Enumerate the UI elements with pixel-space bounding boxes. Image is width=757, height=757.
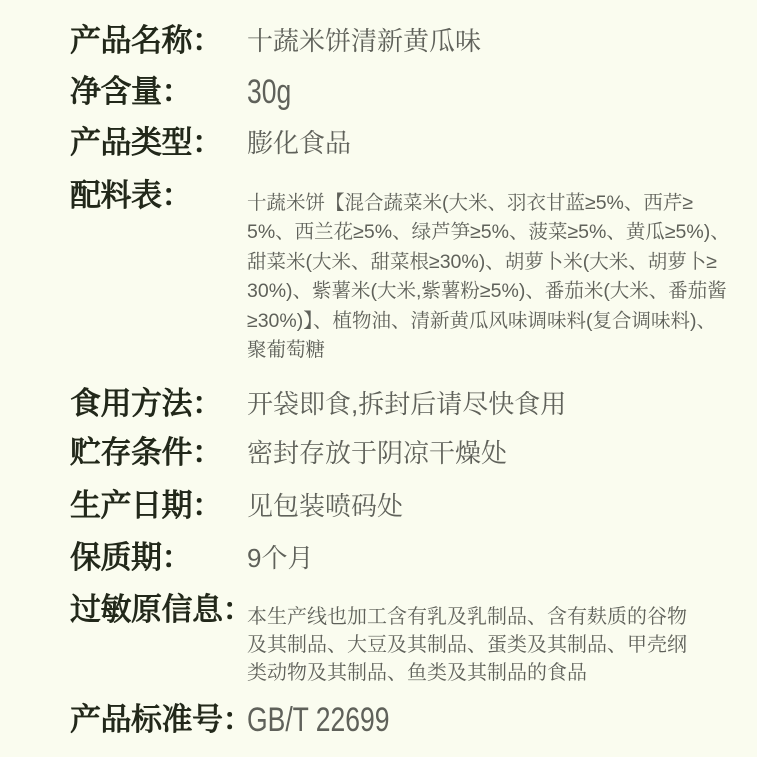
row-product-type: 产品类型： 膨化食品 (70, 123, 750, 163)
row-allergen-info: 过敏原信息： 本生产线也加工含有乳及乳制品、含有麸质的谷物 及其制品、大豆及其制… (70, 590, 750, 630)
row-product-name: 产品名称： 十蔬米饼清新黄瓜味 (70, 21, 750, 61)
usage-value: 开袋即食,拆封后请尽快食用 (247, 384, 566, 424)
row-product-standard: 产品标准号： GB/T 22699 (70, 700, 750, 740)
allergen-info-value: 本生产线也加工含有乳及乳制品、含有麸质的谷物 及其制品、大豆及其制品、蛋类及其制… (247, 603, 687, 687)
product-standard-label: 产品标准号： (70, 700, 253, 740)
row-shelf-life: 保质期： 9个月 (70, 538, 750, 578)
ingredients-value: 十蔬米饼【混合蔬菜米(大米、羽衣甘蓝≥5%、西芹≥ 5%、西兰花≥5%、绿芦笋≥… (247, 189, 730, 365)
allergen-line: 本生产线也加工含有乳及乳制品、含有麸质的谷物 (247, 603, 687, 631)
row-usage: 食用方法： 开袋即食,拆封后请尽快食用 (70, 384, 750, 424)
shelf-life-label: 保质期： (70, 538, 192, 578)
production-date-label: 生产日期： (70, 486, 223, 526)
storage-value: 密封存放于阴凉干燥处 (247, 433, 507, 473)
storage-label: 贮存条件： (70, 433, 223, 473)
ingredients-label: 配料表： (70, 176, 192, 216)
ingredients-line: 30%)、紫薯米(大米,紫薯粉≥5%)、番茄米(大米、番茄酱 (247, 277, 730, 306)
allergen-info-label: 过敏原信息： (70, 590, 253, 630)
net-content-value: 30g (247, 72, 291, 112)
ingredients-line: 5%、西兰花≥5%、绿芦笋≥5%、菠菜≥5%、黄瓜≥5%)、 (247, 218, 730, 247)
production-date-value: 见包装喷码处 (247, 486, 403, 526)
shelf-life-value: 9个月 (247, 538, 313, 578)
row-storage: 贮存条件： 密封存放于阴凉干燥处 (70, 433, 750, 473)
product-info-sheet: 产品名称： 十蔬米饼清新黄瓜味 净含量： 30g 产品类型： 膨化食品 配料表：… (0, 0, 757, 757)
ingredients-line: 聚葡萄糖 (247, 336, 730, 365)
net-content-label: 净含量： (70, 72, 192, 112)
usage-label: 食用方法： (70, 384, 223, 424)
product-type-label: 产品类型： (70, 123, 223, 163)
product-name-label: 产品名称： (70, 21, 223, 61)
product-standard-value: GB/T 22699 (247, 700, 390, 740)
row-net-content: 净含量： 30g (70, 72, 750, 112)
allergen-line: 及其制品、大豆及其制品、蛋类及其制品、甲壳纲 (247, 631, 687, 659)
allergen-line: 类动物及其制品、鱼类及其制品的食品 (247, 659, 687, 687)
product-name-value: 十蔬米饼清新黄瓜味 (247, 21, 481, 61)
ingredients-line: ≥30%)】、植物油、清新黄瓜风味调味料(复合调味料)、 (247, 307, 730, 336)
row-ingredients: 配料表： 十蔬米饼【混合蔬菜米(大米、羽衣甘蓝≥5%、西芹≥ 5%、西兰花≥5%… (70, 176, 750, 216)
ingredients-line: 十蔬米饼【混合蔬菜米(大米、羽衣甘蓝≥5%、西芹≥ (247, 189, 730, 218)
row-production-date: 生产日期： 见包装喷码处 (70, 486, 750, 526)
product-type-value: 膨化食品 (247, 123, 351, 163)
ingredients-line: 甜菜米(大米、甜菜根≥30%)、胡萝卜米(大米、胡萝卜≥ (247, 248, 730, 277)
